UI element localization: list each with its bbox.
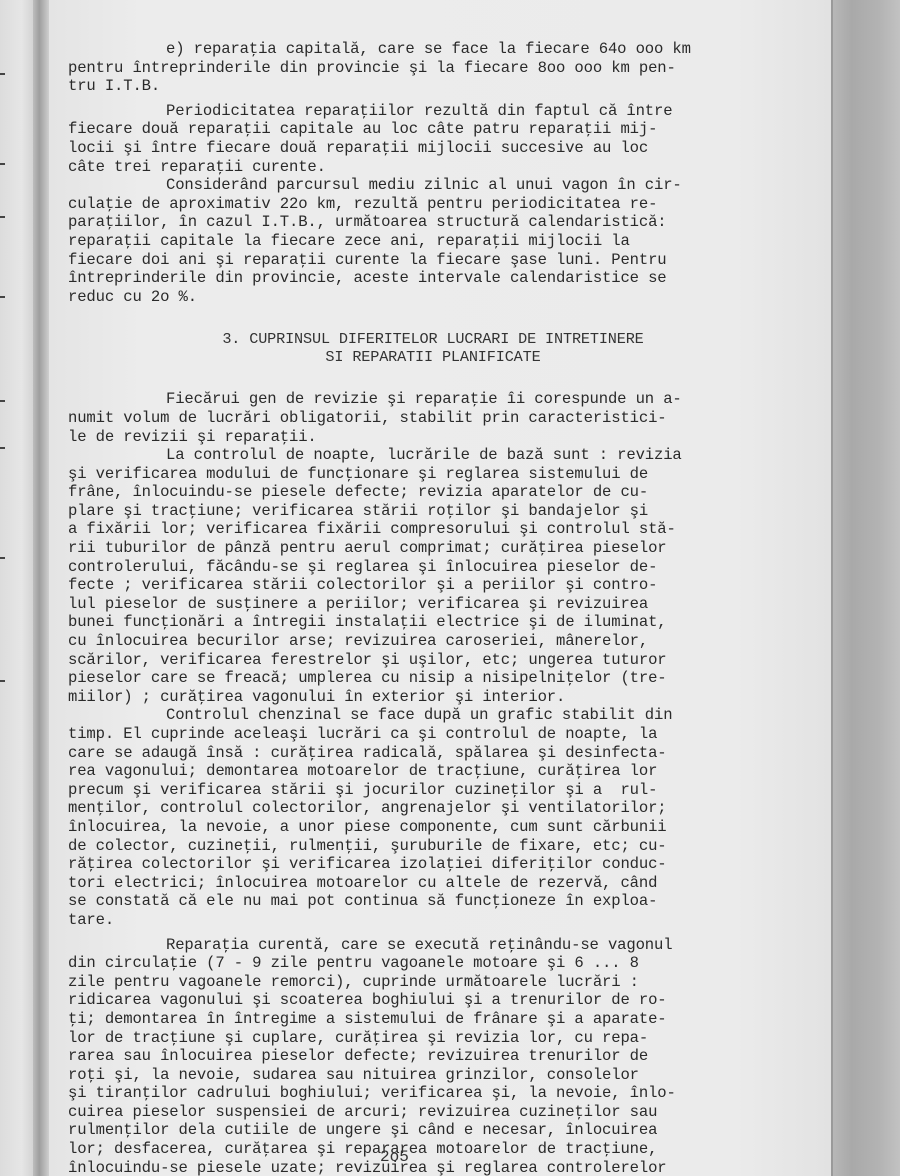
text-line: reparaţii capitale la fiecare zece ani, … — [68, 232, 808, 251]
paragraph-night-control: La controlul de noapte, lucrările de baz… — [68, 446, 808, 706]
text-line: lor; desfacerea, curăţarea şi repararea … — [68, 1140, 808, 1159]
margin-mark — [0, 73, 5, 75]
text-line: ţi; demontarea în întregime a sistemului… — [68, 1010, 808, 1029]
text-line: zile pentru vagoanele remorci), cuprinde… — [68, 973, 808, 992]
text-line: e) reparaţia capitală, care se face la f… — [68, 40, 808, 59]
margin-mark — [0, 557, 5, 559]
text-line: înlocuindu-se piesele uzate; revizuirea … — [68, 1159, 808, 1176]
margin-mark — [0, 296, 5, 298]
text-line: răţirea colectorilor şi verificarea izol… — [68, 855, 808, 874]
text-line: locii şi între fiecare două reparaţii mi… — [68, 139, 808, 158]
text-line: rulmenţilor dela cutiile de ungere şi câ… — [68, 1121, 808, 1140]
text-line: miilor) ; curăţirea vagonului în exterio… — [68, 688, 808, 707]
text-line: tru I.T.B. — [68, 77, 808, 96]
text-line: fiecare doi ani şi reparaţii curente la … — [68, 251, 808, 270]
page-body: e) reparaţia capitală, care se face la f… — [68, 40, 808, 1176]
text-line: a fixării lor; verificarea fixării compr… — [68, 520, 808, 539]
page-number: 2o5 — [380, 1148, 409, 1166]
text-line: cu înlocuirea becurilor arse; revizuirea… — [68, 632, 808, 651]
text-line: lor de tracţiune şi cuplare, curăţirea ş… — [68, 1029, 808, 1048]
text-line: lul pieselor de susţinere a periilor; ve… — [68, 595, 808, 614]
section-heading-line-1: 3. CUPRINSUL DIFERITELOR LUCRARI DE INTR… — [58, 330, 808, 348]
section-heading: 3. CUPRINSUL DIFERITELOR LUCRARI DE INTR… — [68, 330, 808, 366]
text-line: frâne, înlocuindu-se piesele defecte; re… — [68, 483, 808, 502]
paragraph-calendar-structure: Considerând parcursul mediu zilnic al un… — [68, 176, 808, 306]
text-line: fiecare două reparaţii capitale au loc c… — [68, 120, 808, 139]
text-line: şi verificarea modului de funcţionare şi… — [68, 465, 808, 484]
paragraph-capital-repair: e) reparaţia capitală, care se face la f… — [68, 40, 808, 96]
right-page-edge — [831, 0, 900, 1176]
margin-mark — [0, 163, 5, 165]
margin-mark — [0, 447, 5, 449]
margin-mark — [0, 680, 5, 682]
text-line: întreprinderile din provincie, aceste in… — [68, 269, 808, 288]
book-gutter — [33, 0, 49, 1176]
text-line: controlerului, făcându-se şi reglarea şi… — [68, 558, 808, 577]
text-line: reduc cu 2o %. — [68, 288, 808, 307]
text-line: de colector, cuzineţii, rulmenţii, şurub… — [68, 837, 808, 856]
text-line: La controlul de noapte, lucrările de baz… — [68, 446, 808, 465]
text-line: ridicarea vagonului şi scoaterea boghiul… — [68, 991, 808, 1010]
text-line: precum şi verificarea stării şi jocurilo… — [68, 781, 808, 800]
text-line: numit volum de lucrări obligatorii, stab… — [68, 409, 808, 428]
text-line: le de revizii şi reparaţii. — [68, 428, 808, 447]
text-line: tare. — [68, 911, 808, 930]
text-line: pieselor care se freacă; umplerea cu nis… — [68, 669, 808, 688]
text-line: Controlul chenzinal se face după un graf… — [68, 706, 808, 725]
text-line: cuirea pieselor suspensiei de arcuri; re… — [68, 1103, 808, 1122]
section-heading-line-2: SI REPARATII PLANIFICATE — [58, 348, 808, 366]
text-line: se constată că ele nu mai pot continua s… — [68, 892, 808, 911]
previous-page-edge — [0, 0, 36, 1176]
paragraph-periodicity: Periodicitatea reparaţiilor rezultă din … — [68, 102, 808, 176]
text-line: pentru întreprinderile din provincie şi … — [68, 59, 808, 78]
text-line: fecte ; verificarea stării colectorilor … — [68, 576, 808, 595]
paragraph-fortnightly-control: Controlul chenzinal se face după un graf… — [68, 706, 808, 929]
text-line: menţilor, controlul colectorilor, angren… — [68, 799, 808, 818]
text-line: rarea sau înlocuirea pieselor defecte; r… — [68, 1047, 808, 1066]
text-line: Considerând parcursul mediu zilnic al un… — [68, 176, 808, 195]
text-line: care se adaugă însă : curăţirea radicală… — [68, 744, 808, 763]
text-line: rii tuburilor de pânză pentru aerul comp… — [68, 539, 808, 558]
text-line: culaţie de aproximativ 22o km, rezultă p… — [68, 195, 808, 214]
margin-mark — [0, 400, 5, 402]
text-line: Fiecărui gen de revizie şi reparaţie îi … — [68, 390, 808, 409]
text-line: scărilor, verificarea ferestrelor şi uşi… — [68, 651, 808, 670]
text-line: înlocuirea, la nevoie, a unor piese comp… — [68, 818, 808, 837]
text-line: bunei funcţionări a întregii instalaţii … — [68, 613, 808, 632]
text-line: din circulaţie (7 - 9 zile pentru vagoan… — [68, 954, 808, 973]
text-line: paraţiilor, în cazul I.T.B., următoarea … — [68, 213, 808, 232]
text-line: tori electrici; înlocuirea motoarelor cu… — [68, 874, 808, 893]
text-line: rea vagonului; demontarea motoarelor de … — [68, 762, 808, 781]
text-line: plare şi tracţiune; verificarea stării r… — [68, 502, 808, 521]
margin-mark — [0, 216, 5, 218]
paragraph-work-volume: Fiecărui gen de revizie şi reparaţie îi … — [68, 390, 808, 446]
paragraph-current-repair: Reparaţia curentă, care se execută reţin… — [68, 936, 808, 1176]
text-line: câte trei reparaţii curente. — [68, 158, 808, 177]
text-line: Periodicitatea reparaţiilor rezultă din … — [68, 102, 808, 121]
text-line: roţi şi, la nevoie, sudarea sau nituirea… — [68, 1066, 808, 1085]
text-line: timp. El cuprinde aceleaşi lucrări ca şi… — [68, 725, 808, 744]
text-line: Reparaţia curentă, care se execută reţin… — [68, 936, 808, 955]
text-line: şi tiranţilor cadrului boghiului; verifi… — [68, 1084, 808, 1103]
